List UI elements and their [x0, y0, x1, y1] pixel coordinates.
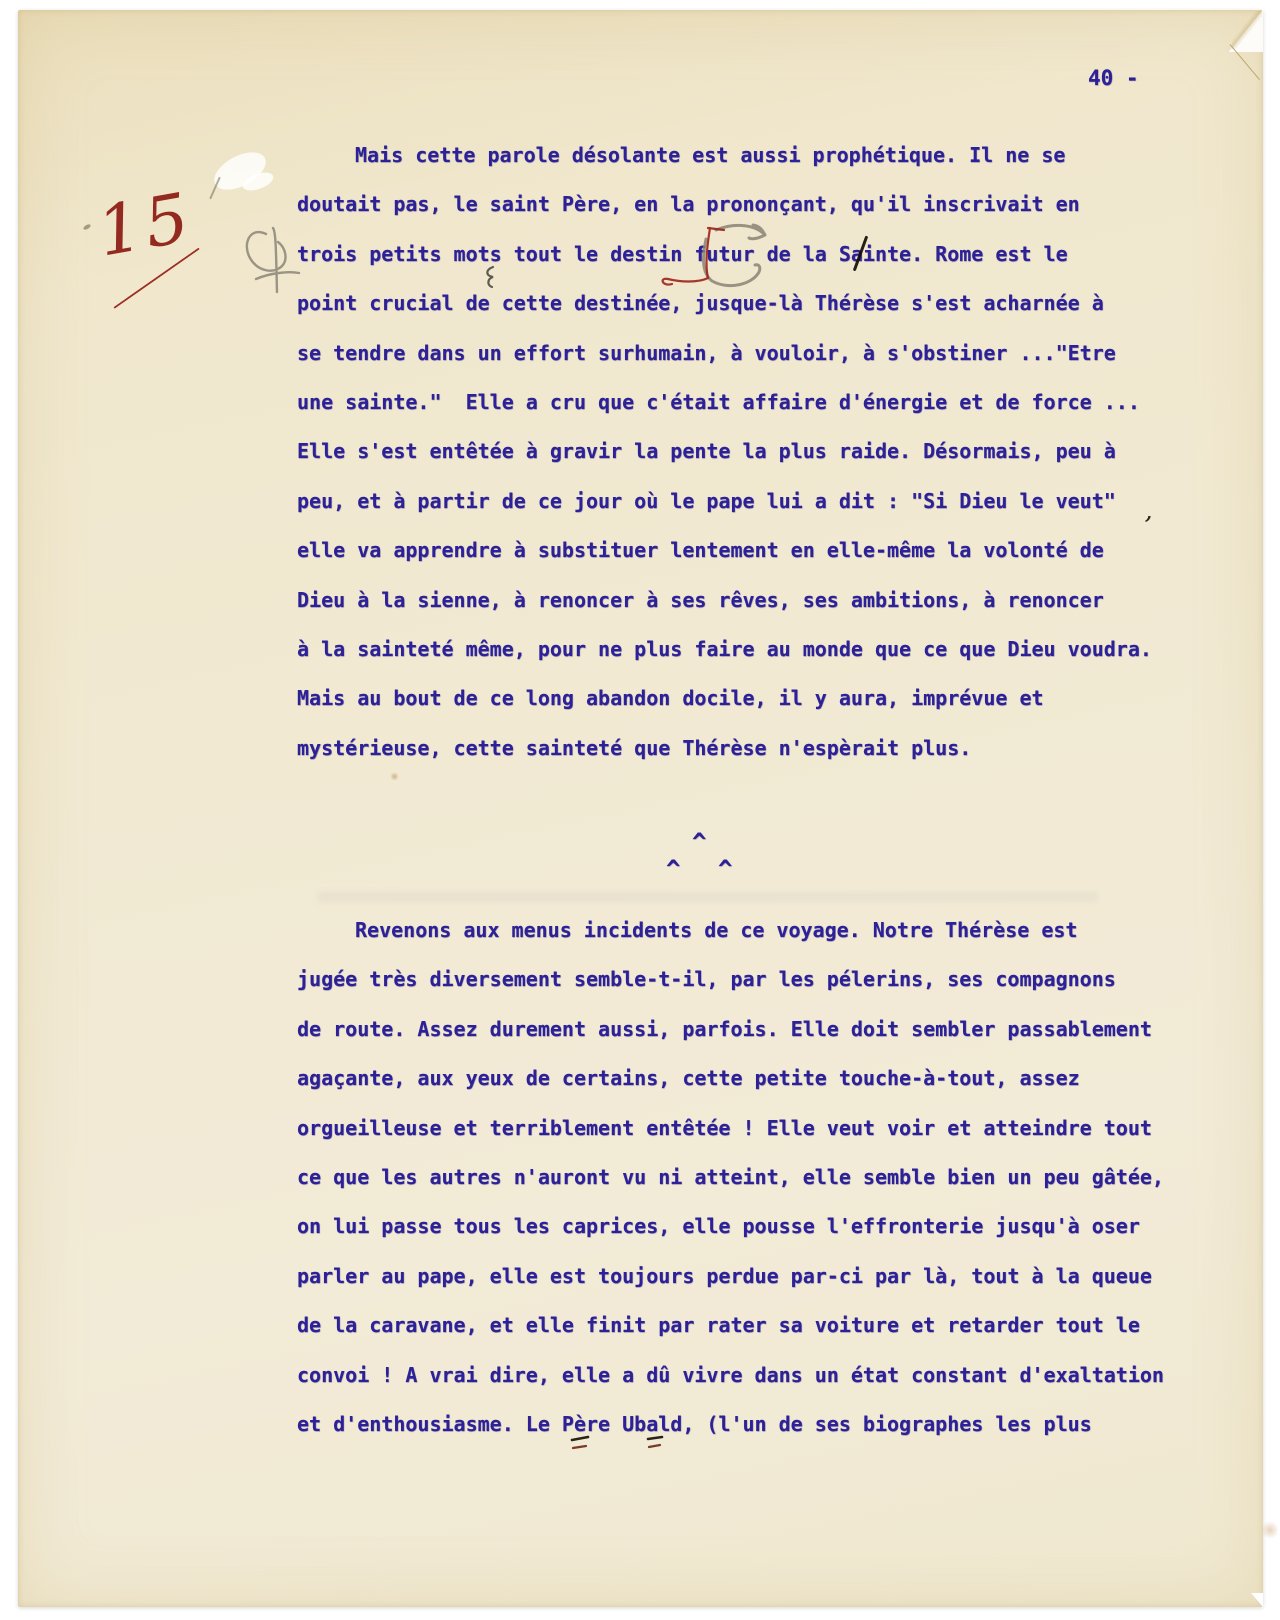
separator-caret: ^: [692, 828, 706, 856]
typed-line: de route. Assez durement aussi, parfois.…: [297, 1005, 1164, 1054]
typed-line: une sainte." Elle a cru que c'était affa…: [297, 378, 1152, 427]
typed-line: Revenons aux menus incidents de ce voyag…: [297, 906, 1164, 955]
smudge-band: [318, 892, 1098, 902]
typed-line: jugée très diversement semble-t-il, par …: [297, 955, 1164, 1004]
typed-line: Mais au bout de ce long abandon docile, …: [297, 674, 1152, 723]
separator-caret: ^: [718, 855, 732, 883]
typed-line: ce que les autres n'auront vu ni atteint…: [297, 1153, 1164, 1202]
separator-caret: ^: [666, 855, 680, 883]
pencil-squiggle-mark: [482, 264, 500, 292]
bottom-corner-cut: [1251, 1593, 1263, 1607]
typed-line: parler au pape, elle est toujours perdue…: [297, 1252, 1164, 1301]
typed-line: Dieu à la sienne, à renoncer à ses rêves…: [297, 576, 1152, 625]
page-number: 40 -: [1088, 66, 1139, 90]
typed-line: se tendre dans un effort surhumain, à vo…: [297, 329, 1152, 378]
paper-stain: [1262, 1520, 1278, 1540]
typed-line: on lui passe tous les caprices, elle pou…: [297, 1202, 1164, 1251]
typed-line: mystérieuse, cette sainteté que Thérèse …: [297, 724, 1152, 773]
typed-line: elle va apprendre à substituer lentement…: [297, 526, 1152, 575]
whiteout-patch: [208, 145, 272, 198]
paper-stain: [390, 772, 399, 781]
paragraph-2: Revenons aux menus incidents de ce voyag…: [297, 906, 1164, 1449]
typed-line: peu, et à partir de ce jour où le pape l…: [297, 477, 1152, 526]
typed-line: de la caravane, et elle finit par rater …: [297, 1301, 1164, 1350]
typed-line: Elle s'est entêtée à gravir la pente la …: [297, 427, 1152, 476]
typed-line: à la sainteté même, pour ne plus faire a…: [297, 625, 1152, 674]
typed-line: agaçante, aux yeux de certains, cette pe…: [297, 1054, 1164, 1103]
typed-line: convoi ! A vrai dire, elle a dû vivre da…: [297, 1351, 1164, 1400]
typed-line: orgueilleuse et terriblement entêtée ! E…: [297, 1104, 1164, 1153]
pencil-underline-mark: [569, 1435, 591, 1453]
typed-line: Mais cette parole désolante est aussi pr…: [297, 131, 1152, 180]
dogear-fold-shadow: [1232, 11, 1262, 49]
typed-line: et d'enthousiasme. Le Père Ubald, (l'un …: [297, 1400, 1164, 1449]
pencil-underline-mark: [644, 1435, 666, 1453]
manuscript-page: 40 - 15 Mais cette parole désolante est …: [18, 10, 1263, 1607]
insertion-mark: [640, 215, 790, 315]
pencil-speck: [83, 223, 92, 230]
